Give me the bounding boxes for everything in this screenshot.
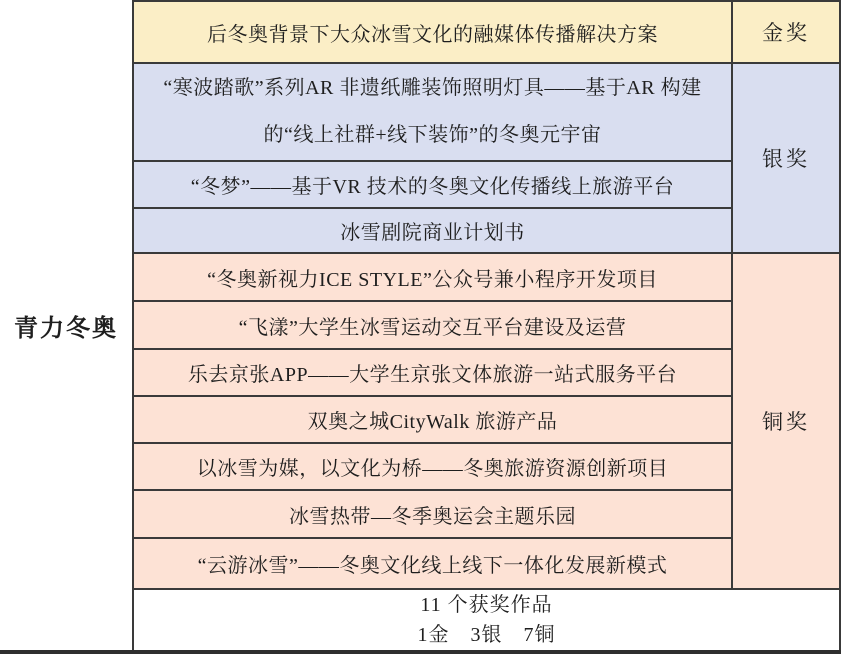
- award-cell-silver: 银奖: [732, 63, 840, 253]
- awards-table: 青力冬奥 后冬奥背景下大众冰雪文化的融媒体传播解决方案 金奖 “寒波踏歌”系列A…: [0, 0, 841, 654]
- project-cell: 乐去京张APP——大学生京张文体旅游一站式服务平台: [133, 349, 732, 396]
- project-cell: “云游冰雪”——冬奥文化线上线下一体化发展新模式: [133, 538, 732, 589]
- summary-cell: 11 个获奖作品 1金 3银 7铜: [133, 589, 840, 652]
- project-cell: 以冰雪为媒，以文化为桥——冬奥旅游资源创新项目: [133, 443, 732, 490]
- project-cell: “冬奥新视力ICE STYLE”公众号兼小程序开发项目: [133, 253, 732, 301]
- category-label: 青力冬奥: [0, 1, 133, 652]
- project-cell: “飞漾”大学生冰雪运动交互平台建设及运营: [133, 301, 732, 349]
- project-cell: 冰雪热带—冬季奥运会主题乐园: [133, 490, 732, 538]
- summary-breakdown: 1金 3银 7铜: [134, 620, 839, 650]
- project-cell: “寒波踏歌”系列AR 非遗纸雕装饰照明灯具——基于AR 构建的“线上社群+线下装…: [133, 63, 732, 161]
- project-cell: 双奥之城CityWalk 旅游产品: [133, 396, 732, 443]
- award-cell-gold: 金奖: [732, 1, 840, 63]
- summary-total: 11 个获奖作品: [134, 590, 839, 620]
- award-cell-bronze: 铜奖: [732, 253, 840, 589]
- project-cell: “冬梦”——基于VR 技术的冬奥文化传播线上旅游平台: [133, 161, 732, 208]
- project-cell: 后冬奥背景下大众冰雪文化的融媒体传播解决方案: [133, 1, 732, 63]
- project-cell: 冰雪剧院商业计划书: [133, 208, 732, 253]
